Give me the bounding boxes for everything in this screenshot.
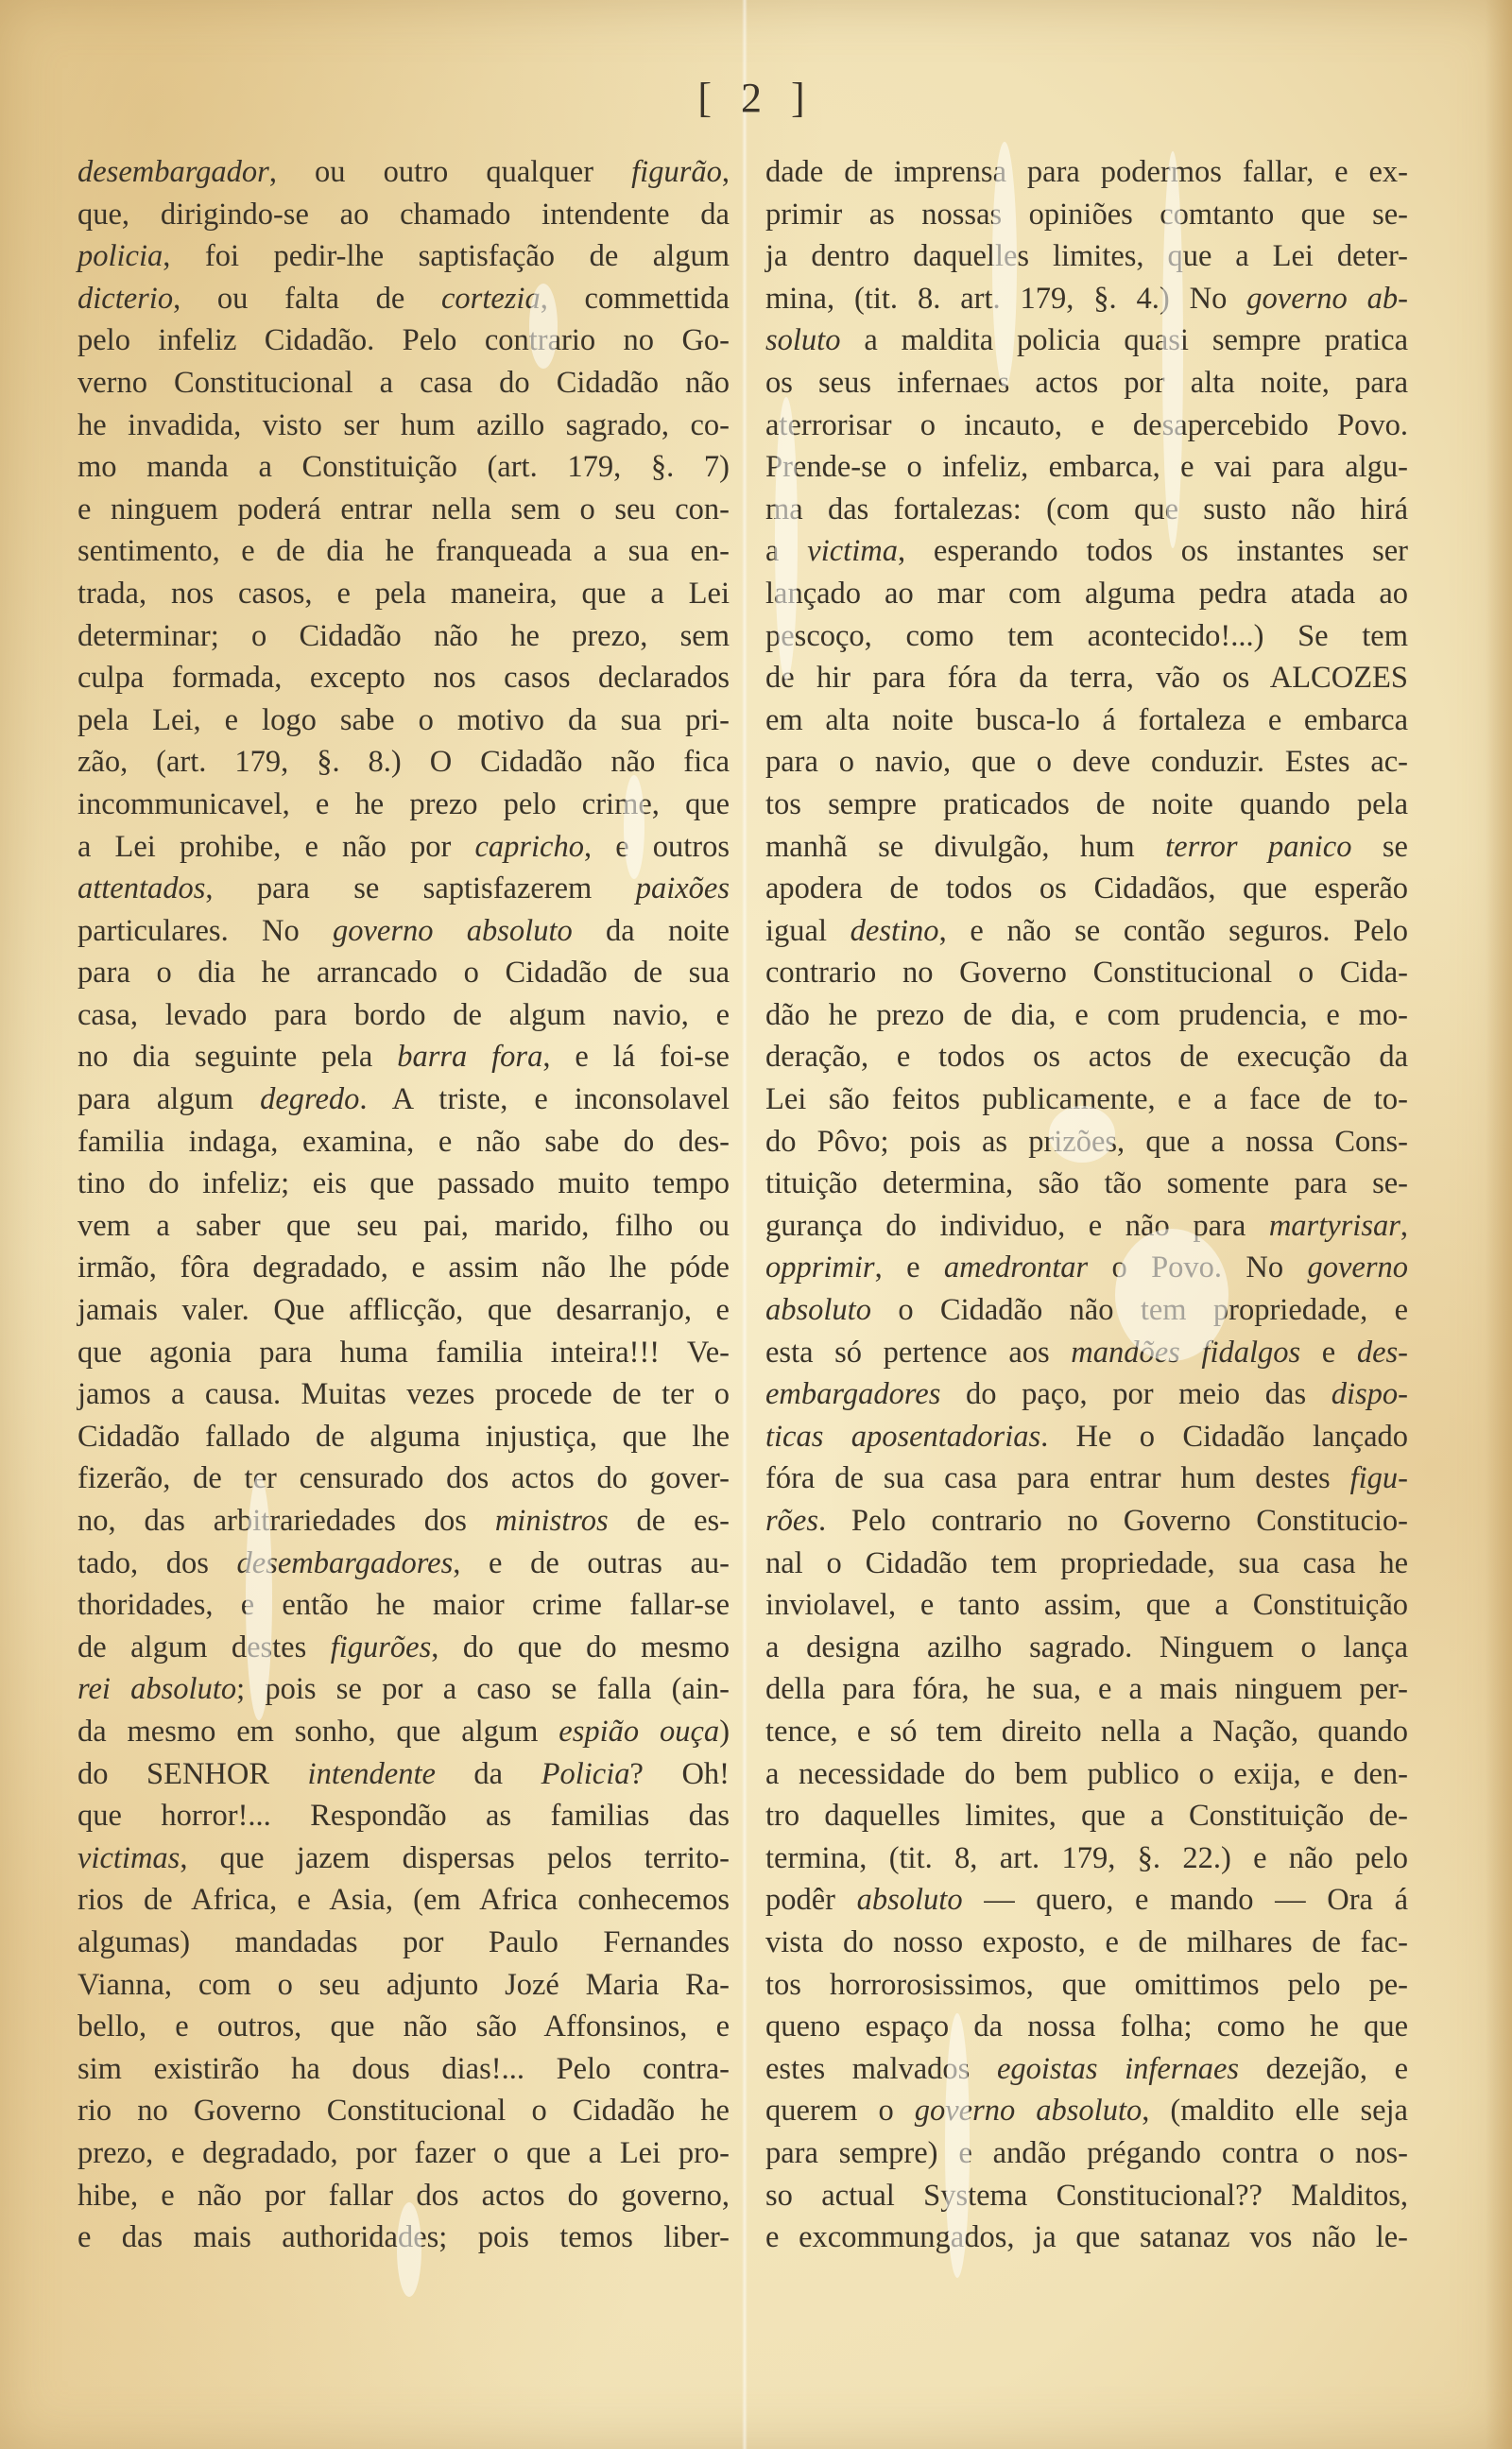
text-run: a Lei prohibe, e não por [77,830,474,864]
text-run: dezejão, e [1239,2052,1408,2086]
text-run: o Cidadão não tem propriedade, e [871,1293,1408,1327]
text-run: fóra de sua casa para entrar hum destes [765,1461,1350,1495]
italic-text-run: governo absoluto [915,2094,1142,2128]
text-line: determinar; o Cidadão não he prezo, sem [77,615,730,658]
text-run: a designa azilho sagrado. Ninguem o lanç… [765,1630,1408,1664]
text-run: he invadida, visto ser hum azillo sagrad… [77,408,730,442]
text-line: aterrorisar o incauto, e desapercebido P… [765,405,1408,447]
text-line: a designa azilho sagrado. Ninguem o lanç… [765,1627,1408,1669]
italic-text-run: soluto [765,323,840,357]
text-line: a victima, esperando todos os instantes … [765,530,1408,573]
text-run: manhã se divulgão, hum [765,830,1165,864]
italic-text-run: dispo- [1332,1377,1408,1411]
text-line: familia indaga, examina, e não sabe do d… [77,1121,730,1164]
text-run: para algum [77,1082,260,1116]
text-run: , foi pedir-lhe saptisfação de algum [163,239,730,273]
italic-text-run: egoistas infernaes [997,2052,1239,2086]
page-edge-shadow [1486,0,1512,2449]
text-run: para o dia he arrancado o Cidadão de sua [77,956,730,990]
text-line: Lei são feitos publicamente, e a face de… [765,1078,1408,1121]
text-line: para sempre) e andão prégando contra o n… [765,2132,1408,2175]
text-run: gurança do individuo, e não para [765,1209,1269,1243]
italic-text-run: victimas [77,1841,180,1875]
text-line: Cidadão fallado de alguma injustiça, que… [77,1416,730,1458]
text-run: tos sempre praticados de noite quando pe… [765,787,1408,821]
text-line: dicterio, ou falta de cortezia, commetti… [77,278,730,320]
text-run: ma das fortalezas: (com que susto não hi… [765,492,1408,526]
text-line: para o navio, que o deve conduzir. Estes… [765,741,1408,784]
text-line: ja dentro daquelles limites, que a Lei d… [765,235,1408,278]
text-line: irmão, fôra degradado, e assim não lhe p… [77,1247,730,1289]
text-line: que, dirigindo-se ao chamado intendente … [77,194,730,236]
text-run: , (maldito elle seja [1142,2094,1408,2128]
text-run: pela Lei, e logo sabe o motivo da sua pr… [77,703,730,737]
text-run: jamos a causa. Muitas vezes procede de t… [77,1377,730,1411]
text-line: hibe, e não por fallar dos actos do gove… [77,2175,730,2217]
italic-text-run: attentados [77,871,205,905]
italic-text-run: governo absoluto [333,914,573,948]
text-line: tence, e só tem direito nella a Nação, q… [765,1711,1408,1753]
text-line: tino do infeliz; eis que passado muito t… [77,1163,730,1205]
text-run: algumas) mandadas por Paulo Fernandes [77,1925,730,1959]
text-line: sim existirão ha dous dias!... Pelo cont… [77,2048,730,2091]
text-run: do Pôvo; pois as prizões, que a nossa Co… [765,1125,1408,1159]
text-run: hibe, e não por fallar dos actos do gove… [77,2179,730,2213]
text-run: inviolavel, e tanto assim, que a Constit… [765,1588,1408,1622]
text-run: podêr [765,1883,857,1917]
text-line: inviolavel, e tanto assim, que a Constit… [765,1584,1408,1627]
text-run: queno espaço da nossa folha; como he que [765,2009,1408,2044]
text-run: se [1351,830,1408,864]
text-run: culpa formada, excepto nos casos declara… [77,661,730,695]
italic-text-run: ticas aposentadorias [765,1420,1040,1454]
text-line: ticas aposentadorias. He o Cidadão lança… [765,1416,1408,1458]
text-line: casa, levado para bordo de algum navio, … [77,994,730,1037]
text-line: que horror!... Respondão as familias das [77,1795,730,1837]
text-run: no, das arbitrariedades dos [77,1504,495,1538]
text-line: para algum degredo. A triste, e inconsol… [77,1078,730,1121]
text-line: desembargador, ou outro qualquer figurão… [77,151,730,194]
text-line: queno espaço da nossa folha; como he que [765,2006,1408,2048]
text-run: da noite [573,914,730,948]
text-run: pelo infeliz Cidadão. Pelo contrario no … [77,323,730,357]
text-run: a necessidade do bem publico o exija, e … [765,1757,1408,1791]
text-run: casa, levado para bordo de algum navio, … [77,998,730,1032]
italic-text-run: figurão [631,155,722,189]
italic-text-run: rei absoluto [77,1672,236,1706]
italic-text-run: des- [1357,1336,1408,1370]
italic-text-run: desembargadores [237,1546,454,1580]
text-line: do Pôvo; pois as prizões, que a nossa Co… [765,1121,1408,1164]
text-run: de es- [609,1504,730,1538]
text-run: a maldita policia quasi sempre pratica [840,323,1408,357]
text-line: em alta noite busca-lo á fortaleza e emb… [765,699,1408,742]
text-line: rios de Africa, e Asia, (em Africa conhe… [77,1879,730,1922]
text-run: fizerão, de ter censurado dos actos do g… [77,1461,730,1495]
text-line: apodera de todos os Cidadãos, que esperã… [765,868,1408,910]
text-run: tence, e só tem direito nella a Nação, q… [765,1715,1408,1749]
italic-text-run: espião ouça [558,1715,719,1749]
text-run: , esperando todos os instantes ser [898,534,1408,568]
text-run: , ou outro qualquer [269,155,631,189]
text-line: so actual Systema Constitucional?? Maldi… [765,2175,1408,2217]
text-run: para o navio, que o deve conduzir. Estes… [765,745,1408,779]
text-line: os seus infernaes actos por alta noite, … [765,362,1408,405]
text-run: dade de imprensa para podermos fallar, e… [765,155,1408,189]
text-run: em alta noite busca-lo á fortaleza e emb… [765,703,1408,737]
text-run: a [765,534,807,568]
text-line: a necessidade do bem publico o exija, e … [765,1753,1408,1796]
text-line: deração, e todos os actos de execução da [765,1036,1408,1078]
italic-text-run: barra fora [397,1040,542,1074]
text-run: do SENHOR [77,1757,308,1791]
italic-text-run: victima [807,534,898,568]
text-line: e ninguem poderá entrar nella sem o seu … [77,489,730,531]
text-run: Lei são feitos publicamente, e a face de… [765,1082,1408,1116]
text-line: thoridades, e então he maior crime falla… [77,1584,730,1627]
text-run: so actual Systema Constitucional?? Maldi… [765,2179,1408,2213]
text-run: de hir para fóra da terra, vão os ALCOZE… [765,661,1408,695]
text-run: que horror!... Respondão as familias das [77,1799,730,1833]
italic-text-run: desembargador [77,155,269,189]
text-run: . A triste, e inconsolavel [359,1082,730,1116]
text-run: que agonia para huma familia inteira!!! … [77,1336,730,1370]
text-run: estes malvados [765,2052,997,2086]
text-run: vem a saber que seu pai, marido, filho o… [77,1209,730,1243]
text-line: tos sempre praticados de noite quando pe… [765,784,1408,826]
text-line: rio no Governo Constitucional o Cidadão … [77,2090,730,2132]
italic-text-run: intendente [308,1757,436,1791]
text-run: o Povo. No [1088,1250,1307,1285]
text-line: podêr absoluto — quero, e mando — Ora á [765,1879,1408,1922]
text-run: determinar; o Cidadão não he prezo, sem [77,619,730,653]
italic-text-run: ministros [495,1504,609,1538]
text-line: do SENHOR intendente da Policia? Oh! [77,1753,730,1796]
text-run: ; pois se por a caso se falla (ain- [236,1672,730,1706]
italic-text-run: paixões [636,871,730,905]
text-run: pescoço, como tem acontecido!...) Se tem [765,619,1408,653]
text-run: querem o [765,2094,915,2128]
text-run: , commettida [541,282,730,316]
page-number: [ 2 ] [0,74,1512,122]
text-line: dade de imprensa para podermos fallar, e… [765,151,1408,194]
text-line: estes malvados egoistas infernaes dezejã… [765,2048,1408,2091]
text-line: manhã se divulgão, hum terror panico se [765,826,1408,869]
text-line: mo manda a Constituição (art. 179, §. 7) [77,446,730,489]
italic-text-run: absoluto [765,1293,871,1327]
text-line: culpa formada, excepto nos casos declara… [77,657,730,699]
italic-text-run: policia [77,239,163,273]
text-run: e ninguem poderá entrar nella sem o seu … [77,492,730,526]
text-line: particulares. No governo absoluto da noi… [77,910,730,953]
text-line: de hir para fóra da terra, vão os ALCOZE… [765,657,1408,699]
text-run: . Pelo contrario no Governo Constitucio- [818,1504,1408,1538]
italic-text-run: destino [850,914,939,948]
text-run: trada, nos casos, e pela maneira, que a … [77,577,730,611]
text-line: no dia seguinte pela barra fora, e lá fo… [77,1036,730,1078]
text-line: prezo, e degradado, por fazer o que a Le… [77,2132,730,2175]
text-run: . He o Cidadão lançado [1040,1420,1408,1454]
text-run: sentimento, e de dia he franqueada a sua… [77,534,730,568]
text-run: Prende-se o infeliz, embarca, e vai para… [765,450,1408,484]
text-line: tado, dos desembargadores, e de outras a… [77,1543,730,1585]
text-run: mina, (tit. 8. art. 179, §. 4.) No [765,282,1246,316]
text-line: victimas, que jazem dispersas pelos terr… [77,1837,730,1880]
text-run: tituição determina, são tão somente para… [765,1166,1408,1200]
left-text-column: desembargador, ou outro qualquer figurão… [77,151,730,2259]
text-line: pela Lei, e logo sabe o motivo da sua pr… [77,699,730,742]
text-run: , para se saptisfazerem [205,871,635,905]
italic-text-run: degredo [260,1082,359,1116]
text-run: e [1300,1336,1357,1370]
text-run: thoridades, e então he maior crime falla… [77,1588,730,1622]
text-run: particulares. No [77,914,333,948]
text-line: de algum destes figurões, do que do mesm… [77,1627,730,1669]
text-line: absoluto o Cidadão não tem propriedade, … [765,1289,1408,1332]
text-run: irmão, fôra degradado, e assim não lhe p… [77,1250,730,1285]
text-run: no dia seguinte pela [77,1040,397,1074]
text-run: , do que do mesmo [431,1630,730,1664]
text-line: no, das arbitrariedades dos ministros de… [77,1500,730,1543]
text-run: Cidadão fallado de alguma injustiça, que… [77,1420,730,1454]
italic-text-run: absoluto [857,1883,963,1917]
text-line: pescoço, como tem acontecido!...) Se tem [765,615,1408,658]
text-line: querem o governo absoluto, (maldito elle… [765,2090,1408,2132]
text-line: bello, e outros, que não são Affonsinos,… [77,2006,730,2048]
italic-text-run: amedrontar [944,1250,1088,1285]
text-line: policia, foi pedir-lhe saptisfação de al… [77,235,730,278]
text-line: della para fóra, he sua, e a mais ningue… [765,1668,1408,1711]
text-run: incommunicavel, e he prezo pelo crime, q… [77,787,730,821]
text-line: dão he prezo de dia, e com prudencia, e … [765,994,1408,1037]
text-line: incommunicavel, e he prezo pelo crime, q… [77,784,730,826]
text-line: e excommungados, ja que satanaz vos não … [765,2216,1408,2259]
text-run: e excommungados, ja que satanaz vos não … [765,2220,1408,2254]
text-run: prezo, e degradado, por fazer o que a Le… [77,2136,730,2170]
italic-text-run: mandões fidalgos [1071,1336,1300,1370]
text-line: da mesmo em sonho, que algum espião ouça… [77,1711,730,1753]
text-run: , [722,155,730,189]
italic-text-run: capricho [474,830,584,864]
text-run: Vianna, com o seu adjunto Jozé Maria Ra- [77,1968,730,2002]
text-line: que agonia para huma familia inteira!!! … [77,1332,730,1374]
text-run: aterrorisar o incauto, e desapercebido P… [765,408,1408,442]
text-run: tado, dos [77,1546,237,1580]
text-run: nal o Cidadão tem propriedade, sua casa … [765,1546,1408,1580]
text-run: , e outros [584,830,730,864]
text-run: os seus infernaes actos por alta noite, … [765,366,1408,400]
text-line: soluto a maldita policia quasi sempre pr… [765,319,1408,362]
text-run: rio no Governo Constitucional o Cidadão … [77,2094,730,2128]
text-run: termina, (tit. 8, art. 179, §. 22.) e nã… [765,1841,1408,1875]
text-line: fóra de sua casa para entrar hum destes … [765,1457,1408,1500]
text-run: ) [719,1715,730,1749]
text-run: tos horrorosissimos, que omittimos pelo … [765,1968,1408,2002]
text-run: — quero, e mando — Ora á [963,1883,1408,1917]
text-run: verno Constitucional a casa do Cidadão n… [77,366,730,400]
text-line: jamos a causa. Muitas vezes procede de t… [77,1373,730,1416]
text-run: da mesmo em sonho, que algum [77,1715,558,1749]
text-run: e das mais authoridades; pois temos libe… [77,2220,730,2254]
text-line: vista do nosso exposto, e de milhares de… [765,1922,1408,1964]
text-line: termina, (tit. 8, art. 179, §. 22.) e nã… [765,1837,1408,1880]
text-line: contrario no Governo Constitucional o Ci… [765,952,1408,994]
text-run: della para fóra, he sua, e a mais ningue… [765,1672,1408,1706]
text-run: , e de outras au- [453,1546,730,1580]
text-line: he invadida, visto ser hum azillo sagrad… [77,405,730,447]
text-run: mo manda a Constituição (art. 179, §. 7) [77,450,730,484]
text-run: tro daquelles limites, que a Constituiçã… [765,1799,1408,1833]
text-run: rios de Africa, e Asia, (em Africa conhe… [77,1883,730,1917]
right-text-column: dade de imprensa para podermos fallar, e… [765,151,1408,2259]
text-line: Vianna, com o seu adjunto Jozé Maria Ra- [77,1964,730,2007]
text-line: primir as nossas opiniões comtanto que s… [765,194,1408,236]
text-run: tino do infeliz; eis que passado muito t… [77,1166,730,1200]
text-line: tituição determina, são tão somente para… [765,1163,1408,1205]
text-line: opprimir, e amedrontar o Povo. No govern… [765,1247,1408,1289]
text-line: vem a saber que seu pai, marido, filho o… [77,1205,730,1248]
text-line: embargadores do paço, por meio das dispo… [765,1373,1408,1416]
text-run: familia indaga, examina, e não sabe do d… [77,1125,730,1159]
text-run: contrario no Governo Constitucional o Ci… [765,956,1408,990]
text-run: ? Oh! [630,1757,730,1791]
text-run: vista do nosso exposto, e de milhares de… [765,1925,1408,1959]
italic-text-run: Policia [541,1757,630,1791]
text-line: a Lei prohibe, e não por capricho, e out… [77,826,730,869]
text-run: dão he prezo de dia, e com prudencia, e … [765,998,1408,1032]
text-line: attentados, para se saptisfazerem paixõe… [77,868,730,910]
text-run: jamais valer. Que afflicção, que desarra… [77,1293,730,1327]
text-run: , e [875,1250,944,1285]
text-run: para sempre) e andão prégando contra o n… [765,2136,1408,2170]
text-line: e das mais authoridades; pois temos libe… [77,2216,730,2259]
text-line: verno Constitucional a casa do Cidadão n… [77,362,730,405]
text-run: que, dirigindo-se ao chamado intendente … [77,198,730,232]
text-line: trada, nos casos, e pela maneira, que a … [77,573,730,615]
italic-text-run: figu- [1350,1461,1408,1495]
text-line: pelo infeliz Cidadão. Pelo contrario no … [77,319,730,362]
text-line: para o dia he arrancado o Cidadão de sua [77,952,730,994]
text-run: primir as nossas opiniões comtanto que s… [765,198,1408,232]
italic-text-run: martyrisar [1269,1209,1400,1243]
text-line: fizerão, de ter censurado dos actos do g… [77,1457,730,1500]
text-run: esta só pertence aos [765,1336,1071,1370]
text-line: gurança do individuo, e não para martyri… [765,1205,1408,1248]
text-line: ma das fortalezas: (com que susto não hi… [765,489,1408,531]
italic-text-run: governo ab- [1246,282,1408,316]
text-run: , e não se contão seguros. Pelo [939,914,1408,948]
italic-text-run: rões [765,1504,818,1538]
italic-text-run: dicterio [77,282,173,316]
text-line: Prende-se o infeliz, embarca, e vai para… [765,446,1408,489]
italic-text-run: embargadores [765,1377,940,1411]
text-line: nal o Cidadão tem propriedade, sua casa … [765,1543,1408,1585]
text-run: deração, e todos os actos de execução da [765,1040,1408,1074]
text-line: rões. Pelo contrario no Governo Constitu… [765,1500,1408,1543]
text-line: igual destino, e não se contão seguros. … [765,910,1408,953]
text-line: tos horrorosissimos, que omittimos pelo … [765,1964,1408,2007]
text-run: zão, (art. 179, §. 8.) O Cidadão não fic… [77,745,730,779]
text-line: tro daquelles limites, que a Constituiçã… [765,1795,1408,1837]
text-run: , [1400,1209,1408,1243]
text-line: rei absoluto; pois se por a caso se fall… [77,1668,730,1711]
text-run: do paço, por meio das [940,1377,1331,1411]
text-run: , ou falta de [173,282,441,316]
text-run: lançado ao mar com alguma pedra atada ao [765,577,1408,611]
text-run: bello, e outros, que não são Affonsinos,… [77,2009,730,2044]
text-line: algumas) mandadas por Paulo Fernandes [77,1922,730,1964]
text-run: , que jazem dispersas pelos territo- [180,1841,730,1875]
italic-text-run: cortezia [441,282,541,316]
italic-text-run: governo [1308,1250,1409,1285]
text-line: esta só pertence aos mandões fidalgos e … [765,1332,1408,1374]
text-run: ja dentro daquelles limites, que a Lei d… [765,239,1408,273]
italic-text-run: opprimir [765,1250,875,1285]
text-run: apodera de todos os Cidadãos, que esperã… [765,871,1408,905]
page-fold-crease [742,0,747,2449]
text-line: zão, (art. 179, §. 8.) O Cidadão não fic… [77,741,730,784]
text-run: , e lá foi-se [542,1040,730,1074]
italic-text-run: figurões [331,1630,432,1664]
text-run: da [436,1757,541,1791]
text-run: de algum destes [77,1630,331,1664]
text-run: sim existirão ha dous dias!... Pelo cont… [77,2052,730,2086]
text-line: sentimento, e de dia he franqueada a sua… [77,530,730,573]
text-line: mina, (tit. 8. art. 179, §. 4.) No gover… [765,278,1408,320]
text-run: igual [765,914,850,948]
text-line: jamais valer. Que afflicção, que desarra… [77,1289,730,1332]
text-line: lançado ao mar com alguma pedra atada ao [765,573,1408,615]
scanned-page: [ 2 ] desembargador, ou outro qualquer f… [0,0,1512,2449]
italic-text-run: terror panico [1165,830,1351,864]
